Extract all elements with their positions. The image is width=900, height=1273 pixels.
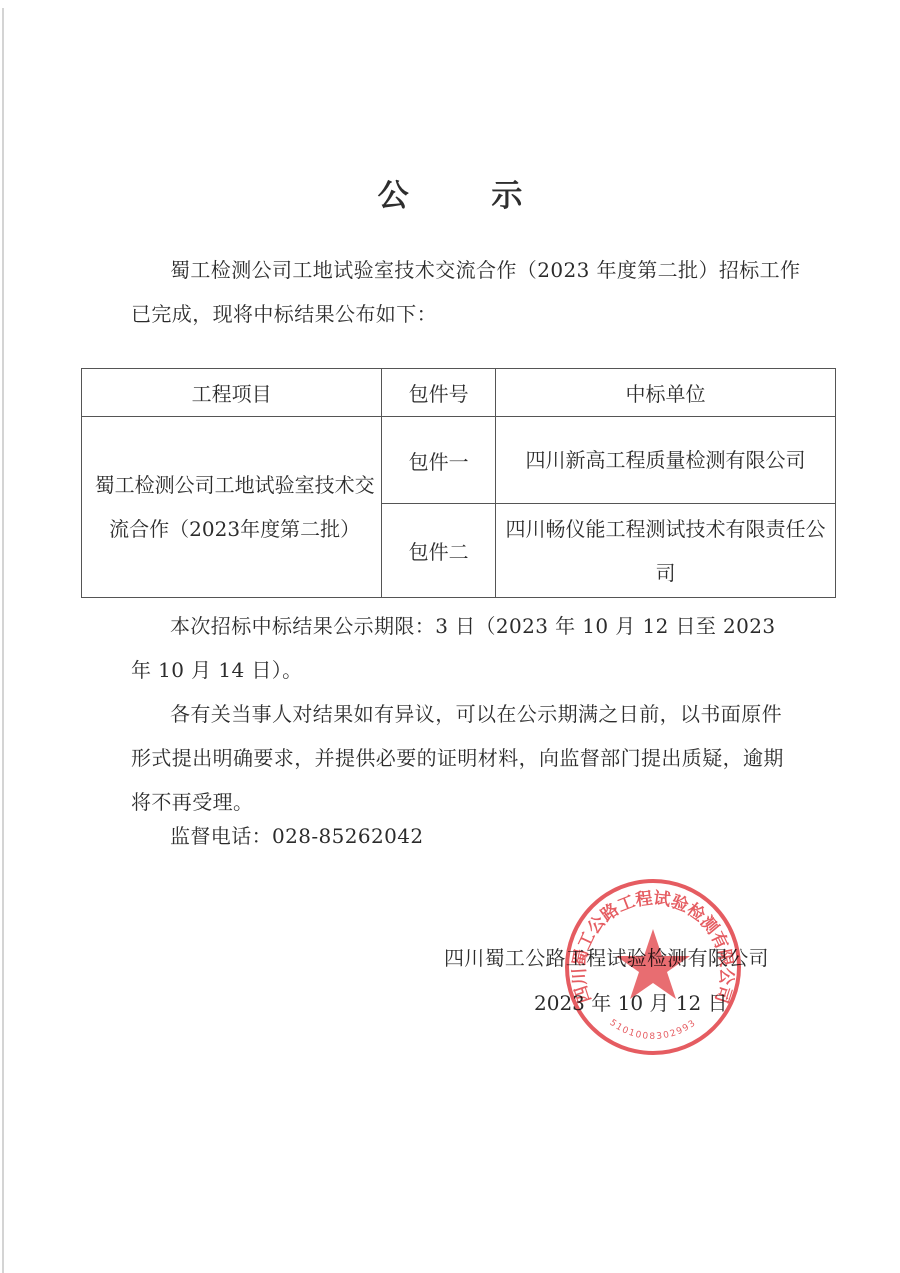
package-cell: 包件二 xyxy=(382,504,496,598)
company-seal-icon: 四川蜀工公路工程试验检测有限公司 5101008302993 xyxy=(563,877,743,1057)
winner-cell: 四川畅仪能工程测试技术有限责任公司 xyxy=(495,504,835,598)
objection-paragraph: 各有关当事人对结果如有异议，可以在公示期满之日前，以书面原件形式提出明确要求，并… xyxy=(131,692,801,824)
table-header-row: 工程项目 包件号 中标单位 xyxy=(82,369,836,417)
seal-code-text: 5101008302993 xyxy=(607,1018,698,1042)
svg-text:5101008302993: 5101008302993 xyxy=(607,1018,698,1042)
winner-cell: 四川新高工程质量检测有限公司 xyxy=(495,417,835,504)
header-package: 包件号 xyxy=(382,369,496,417)
header-project: 工程项目 xyxy=(82,369,382,417)
project-cell: 蜀工检测公司工地试验室技术交流合作（2023年度第二批） xyxy=(82,417,382,598)
bid-result-table: 工程项目 包件号 中标单位 蜀工检测公司工地试验室技术交流合作（2023年度第二… xyxy=(81,368,836,598)
supervision-phone: 监督电话：028-85262042 xyxy=(131,814,801,858)
table-row: 蜀工检测公司工地试验室技术交流合作（2023年度第二批） 包件一 四川新高工程质… xyxy=(82,417,836,504)
page-title: 公 示 xyxy=(0,170,900,215)
header-winner: 中标单位 xyxy=(495,369,835,417)
package-cell: 包件一 xyxy=(382,417,496,504)
intro-paragraph: 蜀工检测公司工地试验室技术交流合作（2023 年度第二批）招标工作已完成，现将中… xyxy=(131,248,801,336)
notice-period-paragraph: 本次招标中标结果公示期限：3 日（2023 年 10 月 12 日至 2023 … xyxy=(131,604,801,692)
seal-star-icon xyxy=(616,929,690,999)
